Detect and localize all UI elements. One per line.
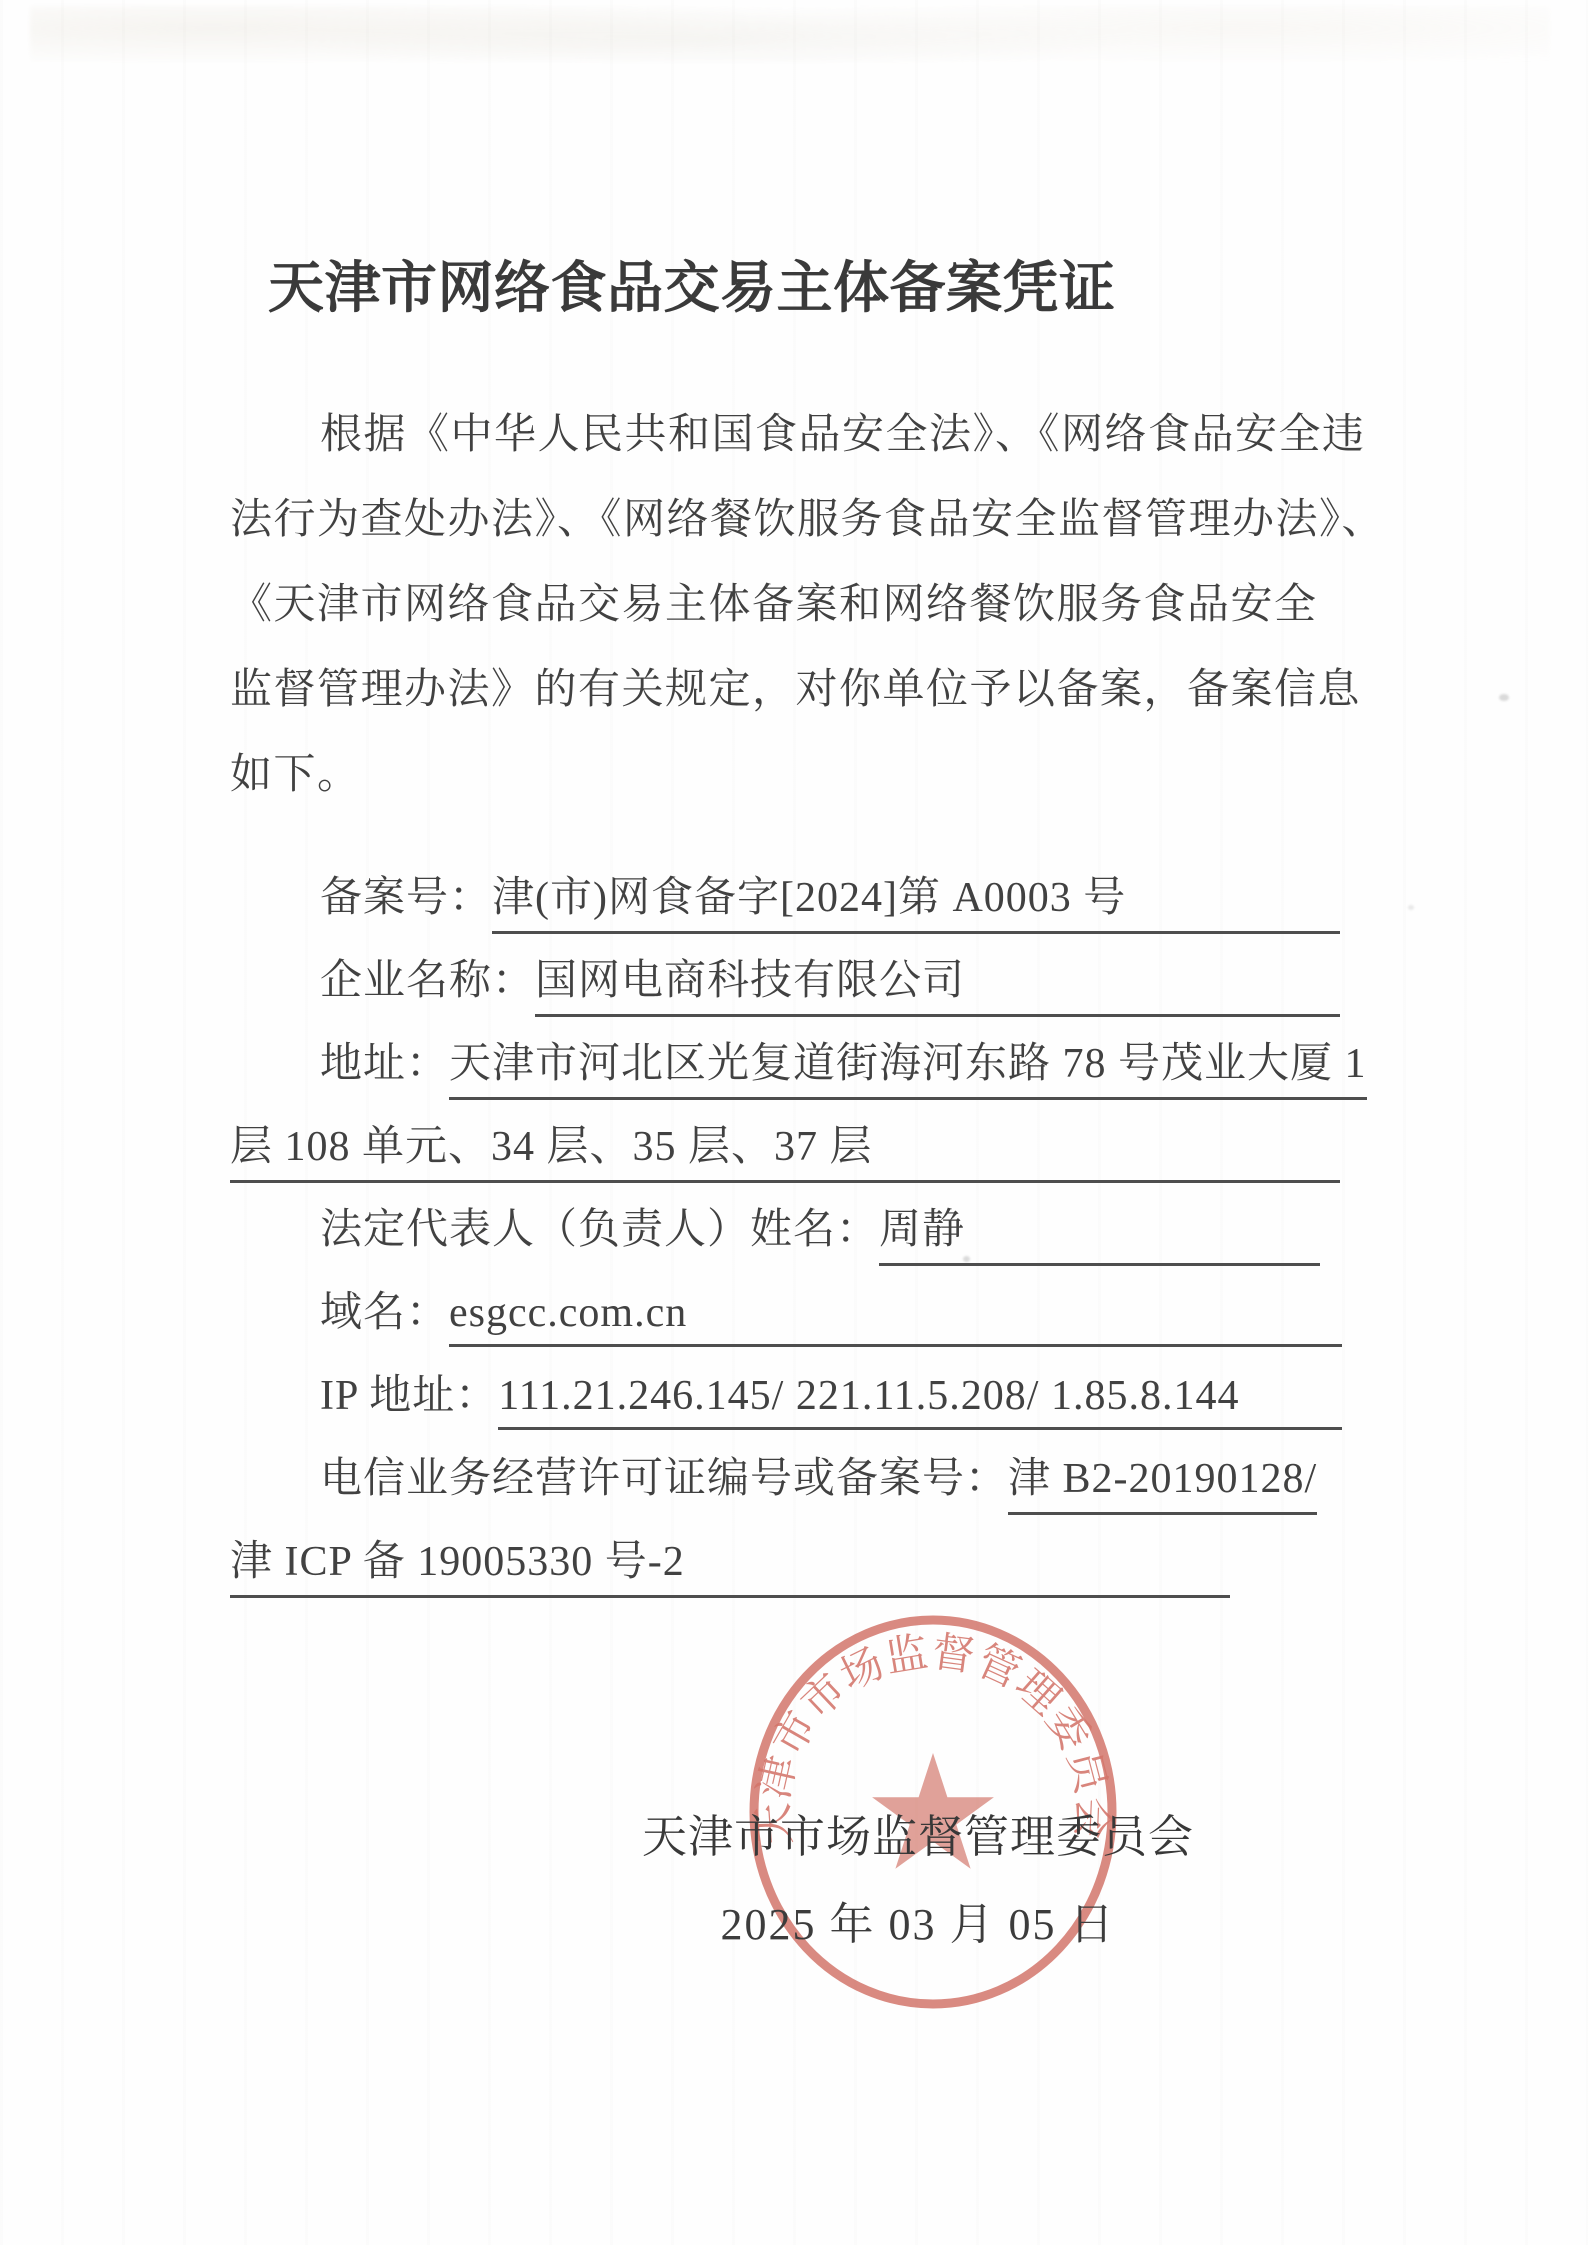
intro-line: 法行为查处办法》、《网络餐饮服务食品安全监督管理办法》、 [230, 486, 1410, 546]
field-row-telecom-license-line1: 电信业务经营许可证编号或备案号： 津 B2-20190128/ [230, 1445, 1450, 1515]
intro-line: 如下。 [230, 741, 1410, 801]
scan-artifact-speck [1499, 694, 1509, 701]
intro-line: 根据《中华人民共和国食品安全法》、《网络食品安全违 [230, 401, 1500, 461]
field-row-address-line2: 层 108 单元、34 层、35 层、37 层 [230, 1113, 1340, 1183]
field-row-telecom-license-line2: 津 ICP 备 19005330 号-2 [230, 1528, 1230, 1598]
field-value: 111.21.246.145/ 221.11.5.208/ 1.85.8.144 [498, 1372, 1239, 1430]
field-row-legal-representative: 法定代表人（负责人）姓名： 周静 [230, 1196, 1320, 1266]
field-value: 津 B2-20190128/ [1008, 1445, 1317, 1515]
underline-filler [965, 947, 1340, 1017]
field-value: 国网电商科技有限公司 [535, 947, 965, 1017]
intro-line: 《天津市网络食品交易主体备案和网络餐饮服务食品安全 [230, 571, 1410, 631]
field-label: 地址： [230, 1030, 449, 1097]
field-label: 备案号： [230, 864, 492, 931]
certificate-page: 天津市网络食品交易主体备案凭证 根据《中华人民共和国食品安全法》、《网络食品安全… [0, 0, 1588, 2245]
underline-filler [873, 1113, 1340, 1183]
field-label: 企业名称： [230, 947, 535, 1014]
underline-filler [685, 1528, 1230, 1598]
field-label: 电信业务经营许可证编号或备案号： [230, 1445, 1008, 1512]
field-value: 天津市河北区光复道街海河东路 78 号茂业大厦 1 [449, 1030, 1367, 1100]
field-row-company-name: 企业名称： 国网电商科技有限公司 [230, 947, 1340, 1017]
field-label: 域名： [230, 1279, 449, 1346]
field-label: IP 地址： [230, 1362, 498, 1429]
field-row-domain: 域名： esgcc.com.cn [230, 1279, 1342, 1347]
field-value: 津 ICP 备 19005330 号-2 [230, 1528, 685, 1598]
field-value: esgcc.com.cn [449, 1289, 687, 1347]
underline-filler [1126, 864, 1340, 934]
field-row-address-line1: 地址： 天津市河北区光复道街海河东路 78 号茂业大厦 1 [230, 1030, 1340, 1100]
field-value: 津(市)网食备字[2024]第 A0003 号 [492, 864, 1126, 934]
scan-artifact-top-band [30, 6, 1550, 62]
issuing-authority: 天津市市场监督管理委员会 [638, 1800, 1198, 1865]
intro-line: 监督管理办法》的有关规定，对你单位予以备案，备案信息 [230, 656, 1410, 716]
issue-date: 2025 年 03 月 05 日 [688, 1888, 1148, 1952]
underline-filler [1239, 1362, 1342, 1430]
field-value: 周静 [879, 1196, 965, 1266]
document-title: 天津市网络食品交易主体备案凭证 [268, 244, 1116, 324]
underline-filler [687, 1279, 1342, 1347]
field-row-ip-address: IP 地址： 111.21.246.145/ 221.11.5.208/ 1.8… [230, 1362, 1342, 1430]
field-value: 层 108 单元、34 层、35 层、37 层 [230, 1113, 873, 1183]
field-row-record-number: 备案号： 津(市)网食备字[2024]第 A0003 号 [230, 864, 1340, 934]
scan-artifact-speck [1408, 905, 1414, 910]
underline-filler [965, 1196, 1320, 1266]
field-label: 法定代表人（负责人）姓名： [230, 1196, 879, 1263]
